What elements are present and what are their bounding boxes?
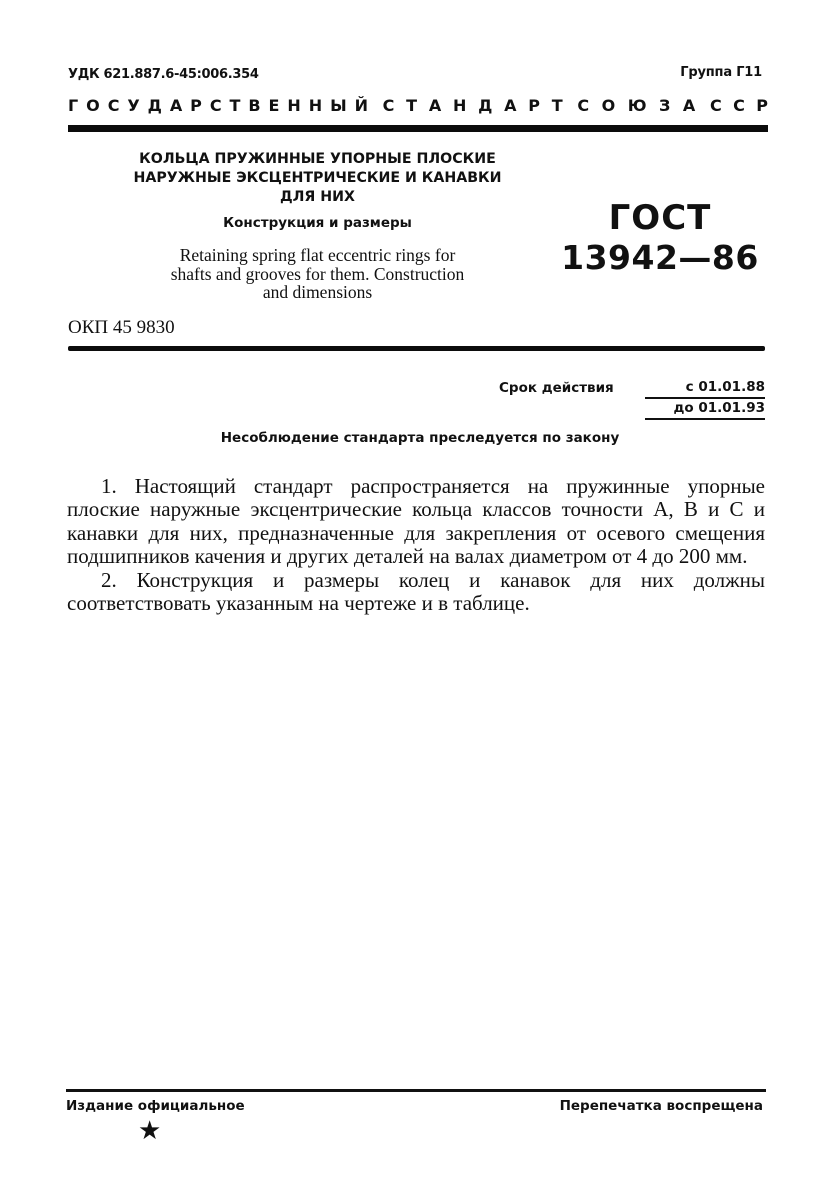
banner-word: СОЮЗА <box>577 96 695 115</box>
official-edition-label: Издание официальное <box>66 1098 245 1114</box>
body-text: 1. Настоящий стандарт распространяется н… <box>67 475 765 615</box>
law-notice: Несоблюдение стандарта преследуется по з… <box>200 430 640 446</box>
paragraph-2: 2. Конструкция и размеры колец и канавок… <box>67 569 765 616</box>
validity-from: с 01.01.88 <box>645 378 765 396</box>
validity-to: до 01.01.93 <box>645 399 765 417</box>
validity-label: Срок действия <box>499 380 614 396</box>
top-rule <box>68 125 768 132</box>
reprint-prohibited-label: Перепечатка воспрещена <box>560 1098 763 1114</box>
banner-word: ГОСУДАРСТВЕННЫЙ <box>68 96 368 115</box>
title-ru-line: НАРУЖНЫЕ ЭКСЦЕНТРИЧЕСКИЕ И КАНАВКИ <box>115 169 520 188</box>
udk-code: УДК 621.887.6-45:006.354 <box>68 67 259 82</box>
group-code: Группа Г11 <box>680 65 762 80</box>
validity-underline <box>645 418 765 420</box>
validity-period: с 01.01.88 до 01.01.93 <box>645 378 765 420</box>
title-ru-line: КОЛЬЦА ПРУЖИННЫЕ УПОРНЫЕ ПЛОСКИЕ <box>115 150 520 169</box>
title-russian: КОЛЬЦА ПРУЖИННЫЕ УПОРНЫЕ ПЛОСКИЕ НАРУЖНЫ… <box>115 150 520 207</box>
standard-number: 13942—86 <box>560 238 760 277</box>
standard-label: ГОСТ <box>570 198 750 238</box>
title-en-line: and dimensions <box>115 283 520 302</box>
middle-rule <box>68 346 765 351</box>
banner-word: СТАНДАРТ <box>383 96 563 115</box>
paragraph-1: 1. Настоящий стандарт распространяется н… <box>67 475 765 569</box>
title-en-line: Retaining spring flat eccentric rings fo… <box>115 246 520 265</box>
title-ru-line: ДЛЯ НИХ <box>115 188 520 207</box>
star-icon: ★ <box>138 1116 161 1146</box>
title-english: Retaining spring flat eccentric rings fo… <box>115 246 520 302</box>
state-standard-banner: ГОСУДАРСТВЕННЫЙСТАНДАРТСОЮЗАССР <box>68 96 768 115</box>
banner-word: ССР <box>710 96 768 115</box>
title-en-line: shafts and grooves for them. Constructio… <box>115 265 520 284</box>
okp-code: ОКП 45 9830 <box>68 317 175 339</box>
bottom-rule <box>66 1089 766 1092</box>
subtitle-russian: Конструкция и размеры <box>115 215 520 231</box>
